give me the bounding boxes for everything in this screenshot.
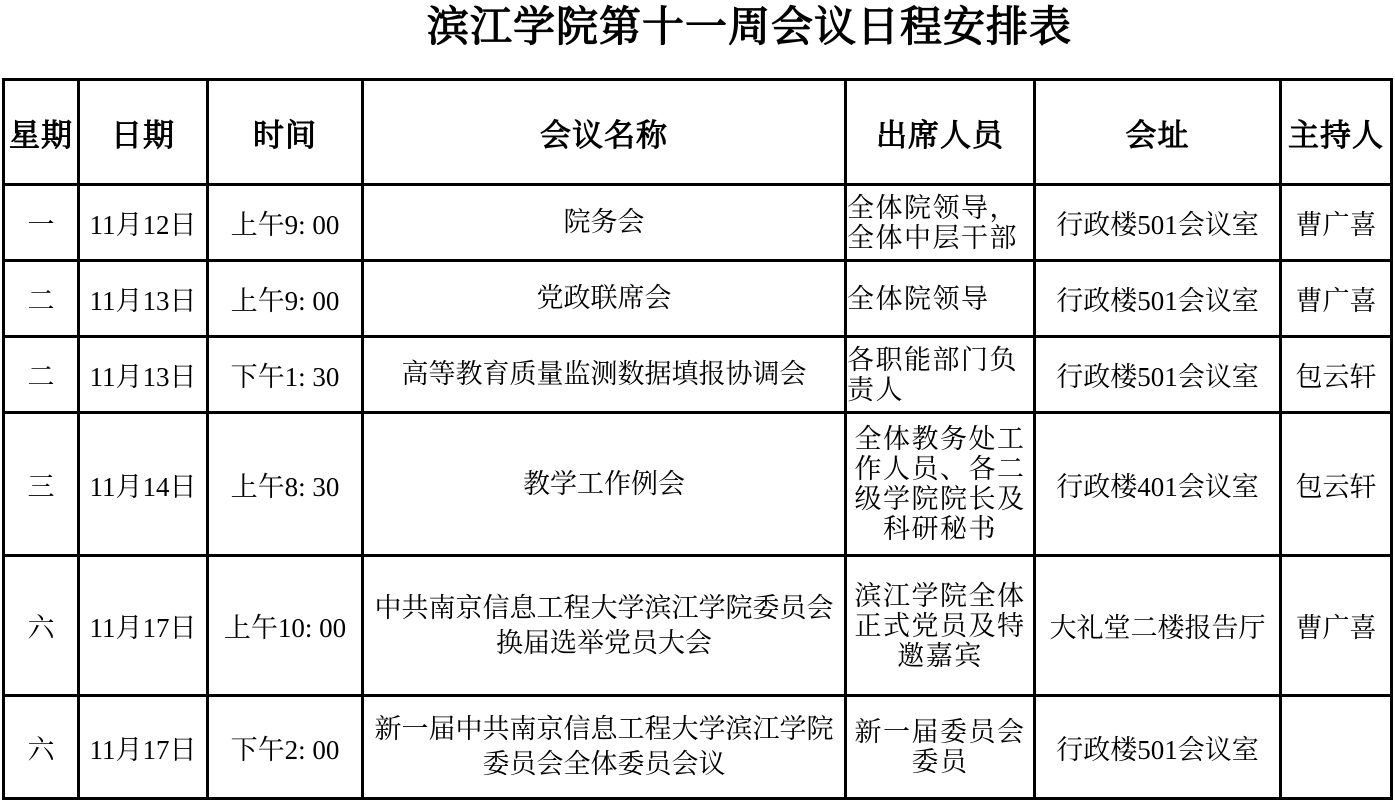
- cell-time: 下午1: 30: [208, 337, 363, 413]
- cell-venue: 行政楼501会议室: [1035, 185, 1281, 261]
- cell-meeting-name: 中共南京信息工程大学滨江学院委员会 换届选举党员大会: [363, 556, 846, 696]
- cell-host: 曹广喜: [1281, 261, 1392, 337]
- column-header-date: 日期: [79, 80, 208, 185]
- cell-meeting-name: 高等教育质量监测数据填报协调会: [363, 337, 846, 413]
- header-row: 星期 日期 时间 会议名称 出席人员 会址 主持人: [4, 80, 1392, 185]
- column-header-venue: 会址: [1035, 80, 1281, 185]
- cell-weekday: 三: [4, 413, 79, 556]
- cell-venue: 大礼堂二楼报告厅: [1035, 556, 1281, 696]
- cell-weekday: 六: [4, 556, 79, 696]
- table-row: 二 11月13日 下午1: 30 高等教育质量监测数据填报协调会 各职能部门负 …: [4, 337, 1392, 413]
- table-row: 二 11月13日 上午9: 00 党政联席会 全体院领导 行政楼501会议室 曹…: [4, 261, 1392, 337]
- cell-venue: 行政楼501会议室: [1035, 337, 1281, 413]
- column-header-meeting-name: 会议名称: [363, 80, 846, 185]
- table-row: 六 11月17日 下午2: 00 新一届中共南京信息工程大学滨江学院 委员会全体…: [4, 696, 1392, 799]
- cell-date: 11月13日: [79, 337, 208, 413]
- cell-weekday: 二: [4, 337, 79, 413]
- cell-weekday: 一: [4, 185, 79, 261]
- cell-host: 曹广喜: [1281, 556, 1392, 696]
- cell-venue: 行政楼501会议室: [1035, 261, 1281, 337]
- column-header-weekday: 星期: [4, 80, 79, 185]
- cell-attendees: 全体院领导， 全体中层干部: [846, 185, 1035, 261]
- cell-host: 包云轩: [1281, 413, 1392, 556]
- cell-time: 上午9: 00: [208, 261, 363, 337]
- cell-date: 11月13日: [79, 261, 208, 337]
- cell-meeting-name: 院务会: [363, 185, 846, 261]
- column-header-host: 主持人: [1281, 80, 1392, 185]
- meeting-schedule-table: 星期 日期 时间 会议名称 出席人员 会址 主持人 一 11月12日 上午9: …: [2, 78, 1393, 800]
- cell-attendees: 全体教务处工 作人员、各二 级学院院长及 科研秘书: [846, 413, 1035, 556]
- cell-time: 上午9: 00: [208, 185, 363, 261]
- column-header-time: 时间: [208, 80, 363, 185]
- cell-meeting-name: 新一届中共南京信息工程大学滨江学院 委员会全体委员会议: [363, 696, 846, 799]
- cell-weekday: 六: [4, 696, 79, 799]
- cell-date: 11月12日: [79, 185, 208, 261]
- cell-venue: 行政楼401会议室: [1035, 413, 1281, 556]
- table-row: 六 11月17日 上午10: 00 中共南京信息工程大学滨江学院委员会 换届选举…: [4, 556, 1392, 696]
- cell-host: 曹广喜: [1281, 185, 1392, 261]
- cell-attendees: 全体院领导: [846, 261, 1035, 337]
- cell-date: 11月17日: [79, 556, 208, 696]
- cell-venue: 行政楼501会议室: [1035, 696, 1281, 799]
- cell-date: 11月14日: [79, 413, 208, 556]
- cell-attendees: 新一届委员会 委员: [846, 696, 1035, 799]
- cell-time: 上午8: 30: [208, 413, 363, 556]
- cell-host: [1281, 696, 1392, 799]
- cell-weekday: 二: [4, 261, 79, 337]
- cell-host: 包云轩: [1281, 337, 1392, 413]
- cell-date: 11月17日: [79, 696, 208, 799]
- cell-time: 上午10: 00: [208, 556, 363, 696]
- cell-meeting-name: 党政联席会: [363, 261, 846, 337]
- table-row: 三 11月14日 上午8: 30 教学工作例会 全体教务处工 作人员、各二 级学…: [4, 413, 1392, 556]
- table-row: 一 11月12日 上午9: 00 院务会 全体院领导， 全体中层干部 行政楼50…: [4, 185, 1392, 261]
- cell-attendees: 滨江学院全体 正式党员及特 邀嘉宾: [846, 556, 1035, 696]
- page-title: 滨江学院第十一周会议日程安排表: [52, 2, 1395, 52]
- cell-meeting-name: 教学工作例会: [363, 413, 846, 556]
- cell-attendees: 各职能部门负 责人: [846, 337, 1035, 413]
- column-header-attendees: 出席人员: [846, 80, 1035, 185]
- cell-time: 下午2: 00: [208, 696, 363, 799]
